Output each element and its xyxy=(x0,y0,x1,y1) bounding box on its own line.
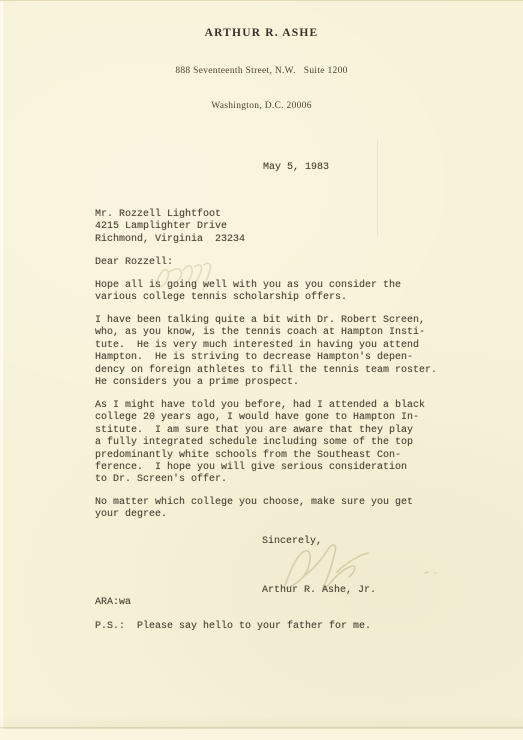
letterhead-address: 888 Seventeenth Street, N.W. Suite 1200 … xyxy=(0,43,523,135)
letterhead: ARTHUR R. ASHE 888 Seventeenth Street, N… xyxy=(0,27,523,135)
scan-crease-vertical xyxy=(377,140,378,236)
paragraph-3: As I might have told you before, had I a… xyxy=(95,400,425,487)
recipient-address-block: Mr. Rozzell Lightfoot 4215 Lamplighter D… xyxy=(95,209,245,246)
reference-initials: ARA:wa xyxy=(95,597,131,609)
scan-edge-top xyxy=(0,0,523,1)
bottom-crease-band xyxy=(0,729,523,740)
pencil-stray-marks xyxy=(423,568,443,576)
salutation: Dear Rozzell: xyxy=(95,257,173,269)
letterhead-address-line1: 888 Seventeenth Street, N.W. Suite 1200 xyxy=(0,66,523,78)
date-line: May 5, 1983 xyxy=(263,162,329,174)
letter-document: ARTHUR R. ASHE 888 Seventeenth Street, N… xyxy=(0,0,523,740)
bottom-crease-shadow xyxy=(0,715,523,727)
postscript: P.S.: Please say hello to your father fo… xyxy=(95,621,371,633)
paragraph-4: No matter which college you choose, make… xyxy=(95,497,413,522)
letterhead-address-line2: Washington, D.C. 20006 xyxy=(0,101,523,113)
paragraph-1: Hope all is going well with you as you c… xyxy=(95,280,401,305)
signature-typed-name: Arthur R. Ashe, Jr. xyxy=(262,585,376,597)
paragraph-2: I have been talking quite a bit with Dr.… xyxy=(95,315,437,389)
closing: Sincerely, xyxy=(262,536,322,548)
letterhead-name: ARTHUR R. ASHE xyxy=(0,27,523,39)
